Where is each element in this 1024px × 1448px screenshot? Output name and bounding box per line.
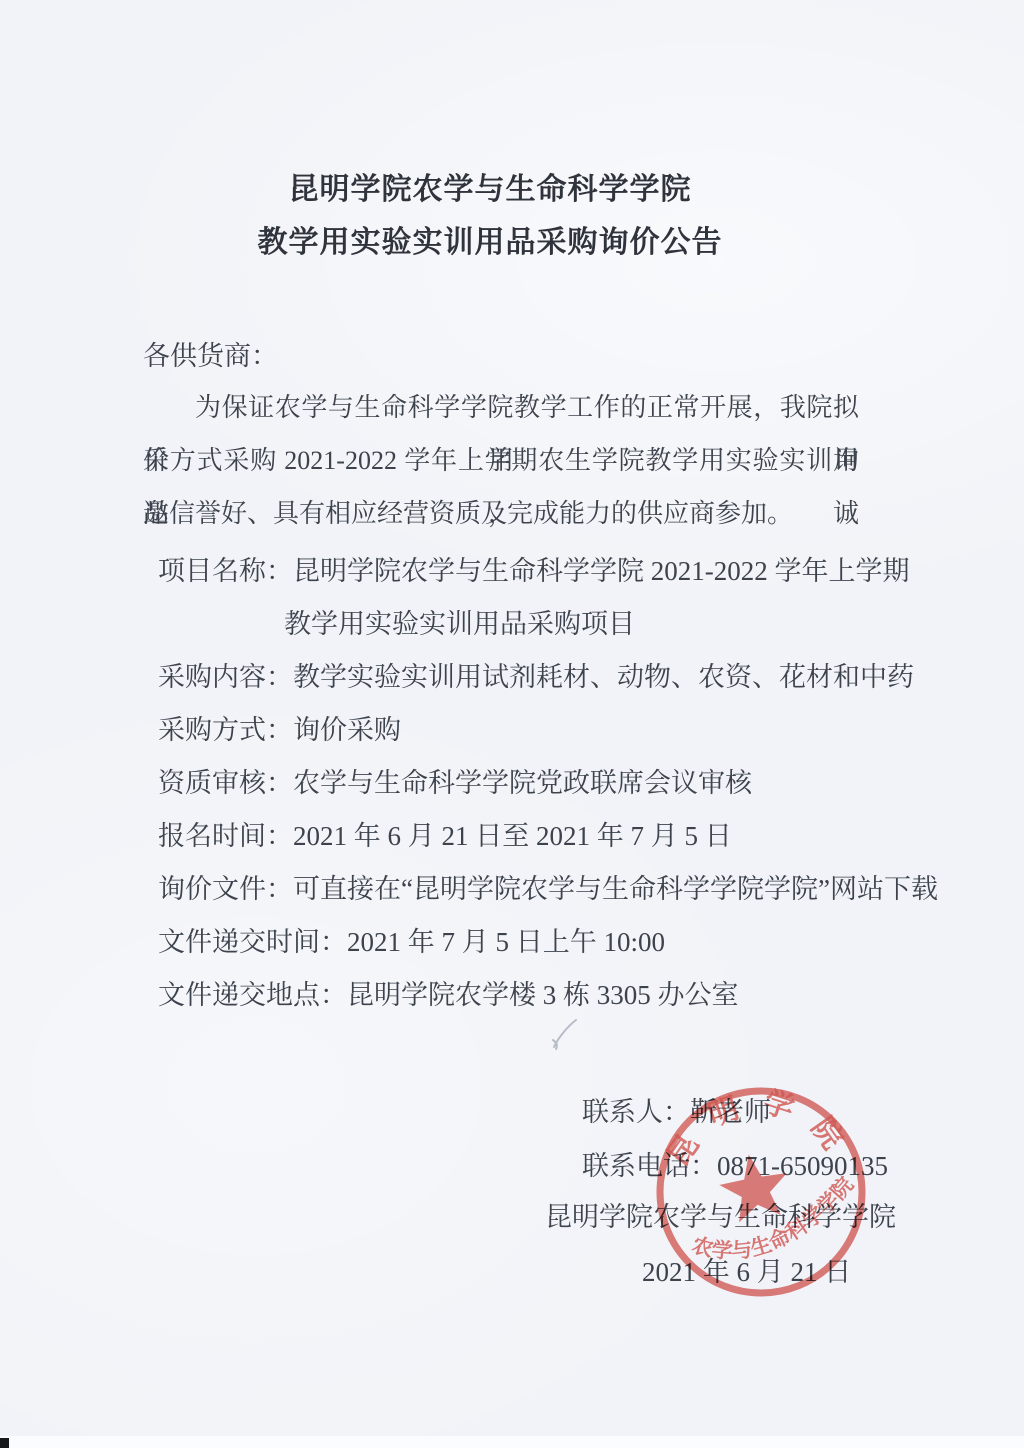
item-value: 2021 年 7 月 5 日上午 10:00 — [347, 927, 665, 957]
item-value: 农学与生命科学学院党政联席会议审核 — [293, 768, 752, 798]
document-page: 昆明学院农学与生命科学学院 教学用实验实训用品采购询价公告 各供货商： 为保证农… — [0, 0, 1024, 1448]
scan-corner-artifact — [0, 1438, 9, 1448]
item-label: 采购内容： — [158, 662, 293, 692]
item-value: 昆明学院农学与生命科学学院 2021-2022 学年上学期 — [293, 556, 910, 586]
seal-top-text: 昆明学院 — [661, 1085, 860, 1172]
item-value: 教学实验实训用试剂耗材、动物、农资、花材和中药 — [293, 662, 914, 692]
detail-item: 资质审核：农学与生命科学学院党政联席会议审核 — [158, 757, 918, 810]
salutation: 各供货商： — [143, 340, 278, 372]
document-title-line-1: 昆明学院农学与生命科学学院 — [20, 172, 960, 208]
detail-item: 询价文件：可直接在“昆明学院农学与生命科学学院学院”网站下载 — [158, 863, 918, 916]
intro-paragraph-line: 为保证农学与生命科学学院教学工作的正常开展，我院拟采用询 — [143, 381, 859, 434]
scan-bottom-strip — [0, 1436, 1024, 1448]
item-label: 项目名称： — [158, 556, 293, 586]
detail-item: 文件递交时间：2021 年 7 月 5 日上午 10:00 — [158, 916, 918, 969]
detail-item: 采购内容：教学实验实训用试剂耗材、动物、农资、花材和中药 — [158, 651, 918, 704]
intro-paragraph: 为保证农学与生命科学学院教学工作的正常开展，我院拟采用询价方式采购 2021-2… — [143, 381, 859, 540]
official-seal-stamp: 昆明学院 农学与生命科学学院 — [645, 1078, 877, 1310]
detail-item: 报名时间：2021 年 6 月 21 日至 2021 年 7 月 5 日 — [158, 810, 918, 863]
item-label: 采购方式： — [158, 715, 293, 745]
item-label: 报名时间： — [158, 821, 293, 851]
item-label: 文件递交地点： — [158, 980, 347, 1010]
item-value: 可直接在“昆明学院农学与生命科学学院学院”网站下载 — [293, 874, 938, 904]
detail-item: 采购方式：询价采购 — [158, 704, 918, 757]
pen-mark-artifact — [538, 1014, 594, 1062]
item-label: 文件递交时间： — [158, 927, 347, 957]
detail-items: 项目名称：昆明学院农学与生命科学学院 2021-2022 学年上学期 教学用实验… — [158, 545, 918, 1022]
detail-item: 项目名称：昆明学院农学与生命科学学院 2021-2022 学年上学期 教学用实验… — [158, 545, 918, 651]
intro-paragraph-line: 邀信誉好、具有相应经营资质及完成能力的供应商参加。 — [143, 487, 859, 540]
item-value-continuation: 教学用实验实训用品采购项目 — [284, 598, 918, 651]
document-title-line-2: 教学用实验实训用品采购询价公告 — [20, 225, 960, 261]
item-label: 询价文件： — [158, 874, 293, 904]
seal-star-icon — [719, 1155, 787, 1223]
item-value: 昆明学院农学楼 3 栋 3305 办公室 — [347, 980, 739, 1010]
item-label: 资质审核： — [158, 768, 293, 798]
item-value: 2021 年 6 月 21 日至 2021 年 7 月 5 日 — [293, 821, 732, 851]
intro-paragraph-line: 价方式采购 2021-2022 学年上学期农生学院教学用实验实训用品，诚 — [143, 434, 859, 487]
item-value: 询价采购 — [293, 715, 401, 745]
